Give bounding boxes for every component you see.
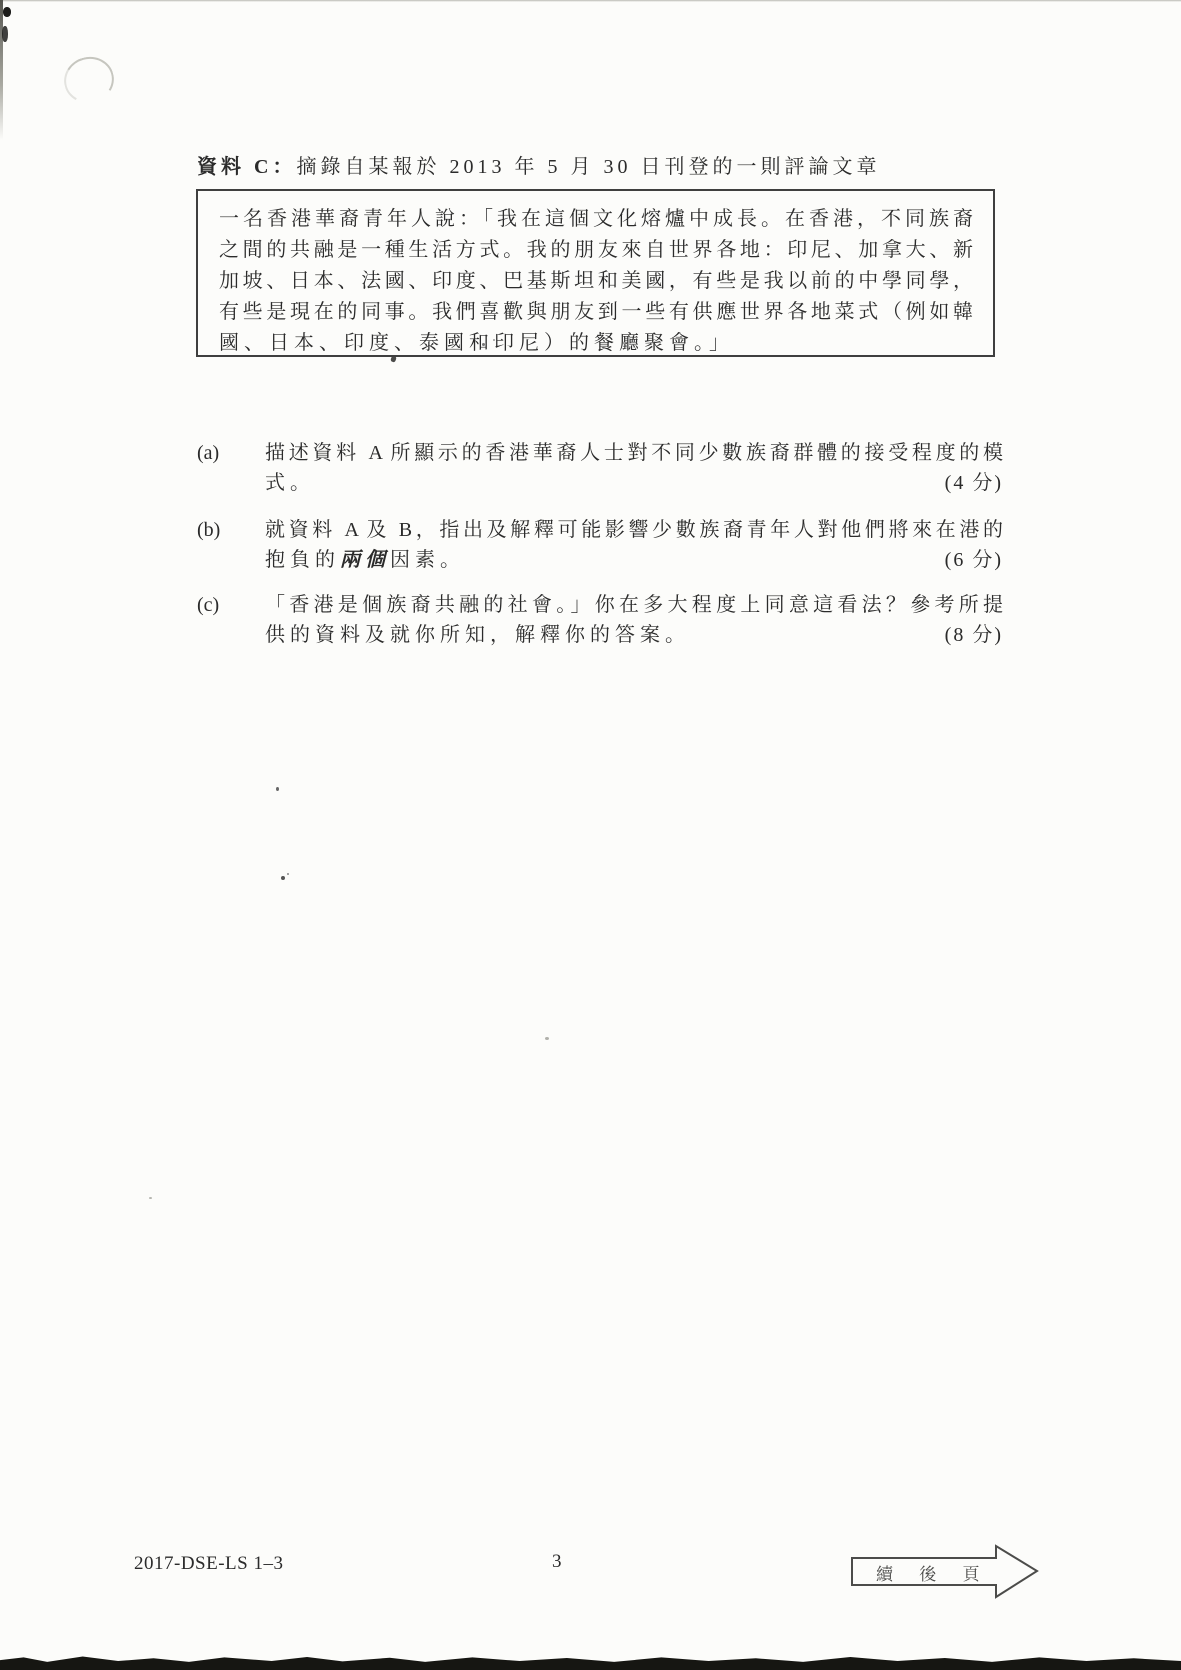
quote-line: 有些是現在的同事。我們喜歡與朋友到一些有供應世界各地菜式（例如韓 — [219, 297, 973, 328]
scan-artifact — [281, 876, 285, 880]
continue-label: 續 後 頁 — [876, 1560, 996, 1585]
quote-line: 國、日本、印度、泰國和印尼）的餐廳聚會。」 — [219, 328, 973, 359]
marks: (6 分) — [945, 545, 1003, 575]
question-text-line1: 「香港是個族裔共融的社會。」你在多大程度上同意這看法？參考所提 — [265, 590, 1003, 620]
question-text-line1: 就資料 A 及 B，指出及解釋可能影響少數族裔青年人對他們將來在港的 — [265, 515, 1003, 545]
question-text-line2: 抱負的兩個因素。 — [265, 545, 465, 575]
question-text-segment: 供的資料及就你所知，解釋你的答案。 — [265, 624, 690, 646]
scan-artifact — [2, 26, 8, 42]
question-label: (b) — [197, 515, 265, 545]
question-label: (c) — [197, 590, 265, 620]
scan-top-edge — [0, 0, 1181, 2]
scan-artifact — [276, 787, 279, 791]
quote-line: 加坡、日本、法國、印度、巴基斯坦和美國，有些是我以前的中學同學， — [219, 266, 973, 297]
quote-line: 一名香港華裔青年人說：「我在這個文化熔爐中成長。在香港，不同族裔 — [219, 204, 973, 235]
scan-bottom-edge — [0, 1652, 1181, 1670]
question-text-line1: 描述資料 A 所顯示的香港華裔人士對不同少數族裔群體的接受程度的模 — [265, 438, 1003, 468]
question-text-line2: 式。 — [265, 468, 315, 498]
marks: (8 分) — [945, 620, 1003, 650]
source-heading: 資料 C：摘錄自某報於 2013 年 5 月 30 日刊登的一則評論文章 — [197, 150, 1037, 179]
scan-artifact — [287, 873, 289, 875]
page-number: 3 — [552, 1551, 562, 1573]
quote-line: 之間的共融是一種生活方式。我的朋友來自世界各地：印尼、加拿大、新 — [219, 235, 973, 266]
marks: (4 分) — [945, 468, 1003, 498]
source-description: 摘錄自某報於 2013 年 5 月 30 日刊登的一則評論文章 — [296, 156, 880, 178]
question-b: (b) 就資料 A 及 B，指出及解釋可能影響少數族裔青年人對他們將來在港的 抱… — [197, 515, 1003, 575]
next-page-arrow: 續 後 頁 — [850, 1543, 1040, 1600]
question-a: (a) 描述資料 A 所顯示的香港華裔人士對不同少數族裔群體的接受程度的模 式。… — [197, 438, 1003, 498]
question-text-segment: 式。 — [265, 472, 315, 494]
scan-arc-mark — [59, 51, 119, 108]
question-text-line2: 供的資料及就你所知，解釋你的答案。 — [265, 620, 690, 650]
question-text-segment: 因素。 — [390, 549, 465, 571]
question-text-bold-segment: 兩個 — [340, 549, 390, 571]
question-text-segment: 抱負的 — [265, 549, 340, 571]
source-label: 資料 C： — [197, 156, 296, 178]
question-c: (c) 「香港是個族裔共融的社會。」你在多大程度上同意這看法？參考所提 供的資料… — [197, 590, 1003, 650]
scan-artifact — [149, 1197, 152, 1199]
paper-code: 2017-DSE-LS 1–3 — [134, 1553, 283, 1575]
scan-left-edge — [0, 0, 3, 140]
scan-artifact — [3, 7, 11, 17]
question-label: (a) — [197, 438, 265, 468]
quote-box: 一名香港華裔青年人說：「我在這個文化熔爐中成長。在香港，不同族裔 之間的共融是一… — [196, 189, 995, 357]
scan-artifact — [545, 1037, 549, 1040]
